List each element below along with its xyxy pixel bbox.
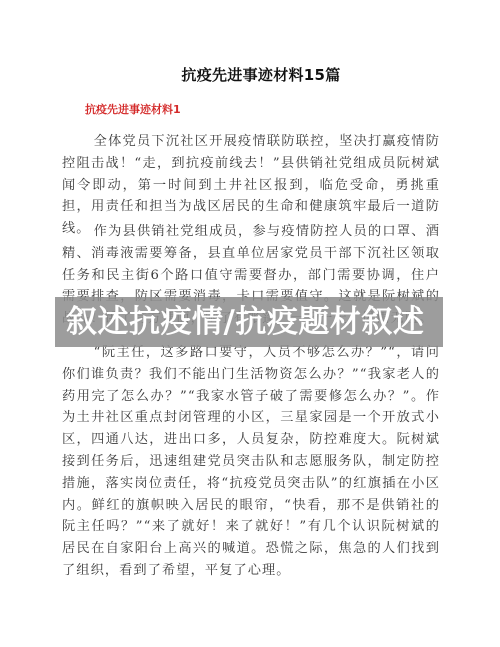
- section-heading: 抗疫先进事迹材料1: [85, 102, 181, 118]
- paragraph-3-block: “阮主任，这多路口要守，人员不够怎么办？”“，请问你们谁负责？我们不能出门生活物…: [62, 342, 440, 582]
- overlay-banner: 叙述抗疫情/抗疫题材叙述: [55, 297, 443, 347]
- paragraph: “阮主任，这多路口要守，人员不够怎么办？”“，请问你们谁负责？我们不能出门生活物…: [62, 342, 440, 582]
- overlay-banner-text: 叙述抗疫情/抗疫题材叙述: [66, 304, 424, 340]
- document-page: 抗疫先进事迹材料15篇 抗疫先进事迹材料1 全体党员下沉社区开展疫情联防联控，坚…: [0, 0, 500, 647]
- document-title: 抗疫先进事迹材料15篇: [0, 65, 500, 85]
